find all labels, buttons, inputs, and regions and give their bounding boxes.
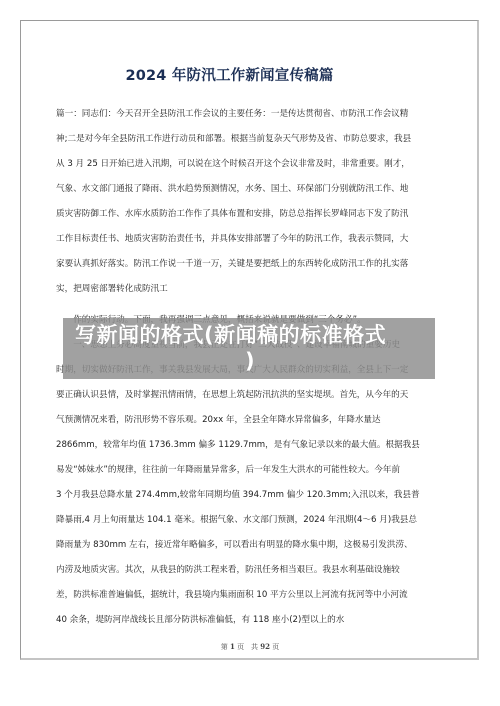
page-suffix: 页 [272, 643, 279, 651]
body-line: 降暴雨,4 月上旬雨量达 104.1 毫米。根据气象、水文部门预测，2024 年… [56, 514, 406, 526]
page-number-footer: 第 1 页 共 92 页 [0, 642, 500, 652]
current-page-number: 1 [230, 642, 235, 651]
overlay-headline-line1: 写新闻的格式(新闻稿的标准格式 [75, 323, 386, 347]
page-middle: 页 共 [237, 643, 258, 651]
body-line: 差，防洪标准普遍偏低，据统计，我县境内集雨面积 10 平方公里以上河流有抚河等中… [56, 589, 406, 601]
page-prefix: 第 [221, 643, 228, 651]
body-line: 气预测情况来看，防汛形势不容乐观。20xx 年，全县全年降水异常偏多，年降水量达 [56, 414, 406, 426]
body-line: 易发“姊妹水”的规律，往往前一年降雨量异常多，后一年发生大洪水的可能性较大。今年… [56, 464, 406, 476]
overlay-headline[interactable]: 写新闻的格式(新闻稿的标准格式 ) [75, 322, 435, 374]
body-line: 40 余条，堤防河岸战线长且部分防洪标准偏低，有 118 座小(2)型以上的水 [56, 614, 406, 626]
body-line: 内涝及地质灾害。其次，从我县的防洪工程来看，防汛任务相当艰巨。我县水利基础设施较 [56, 564, 406, 576]
body-line: 降雨量为 830mm 左右，接近常年略偏多，可以看出有明显的降水集中期，这极易引… [56, 539, 406, 551]
body-line: 气象、水文部门通报了降雨、洪水趋势预测情况，水务、国土、环保部门分别就防汛工作、… [56, 183, 406, 195]
body-line: 要正确认识县情，及时掌握汛情雨情，在思想上筑起防汛抗洪的坚实堤坝。首先，从今年的… [56, 389, 406, 401]
body-line: 家要认真抓好落实。防汛工作说一千道一万，关键是要把纸上的东西转化成防汛工作的扎实… [56, 258, 406, 270]
body-line: 2866mm，较常年均值 1736.3mm 偏多 1129.7mm，是有气象记录… [56, 439, 406, 451]
overlay-headline-line2: ) [75, 348, 435, 374]
body-line: 工作目标责任书、地质灾害防治责任书，并具体安排部署了今年的防汛工作，我表示赞同，… [56, 233, 406, 245]
total-pages-number: 92 [260, 642, 270, 651]
body-line: 质灾害防御工作、水库水质防治工作作了具体布置和安排，防总总指挥长罗峰同志下发了防… [56, 208, 406, 220]
body-line: 3 个月我县总降水量 274.4mm,较常年同期均值 394.7mm 偏少 12… [56, 489, 406, 501]
document-title: 2024 年防汛工作新闻宣传稿篇 [0, 64, 459, 85]
body-line: 篇一：同志们：今天召开全县防汛工作会议的主要任务：一是传达贯彻省、市防汛工作会议… [56, 108, 406, 120]
body-line: 神;二是对今年全县防汛工作进行动员和部署。根据当前复杂天气形势及省、市防总要求，… [56, 133, 406, 145]
body-line: 从 3 月 25 日开始已进入汛期，可以说在这个时候召开这个会议非常及时，非常重… [56, 158, 406, 170]
body-line: 实，把周密部署转化成防汛工 [56, 283, 406, 295]
